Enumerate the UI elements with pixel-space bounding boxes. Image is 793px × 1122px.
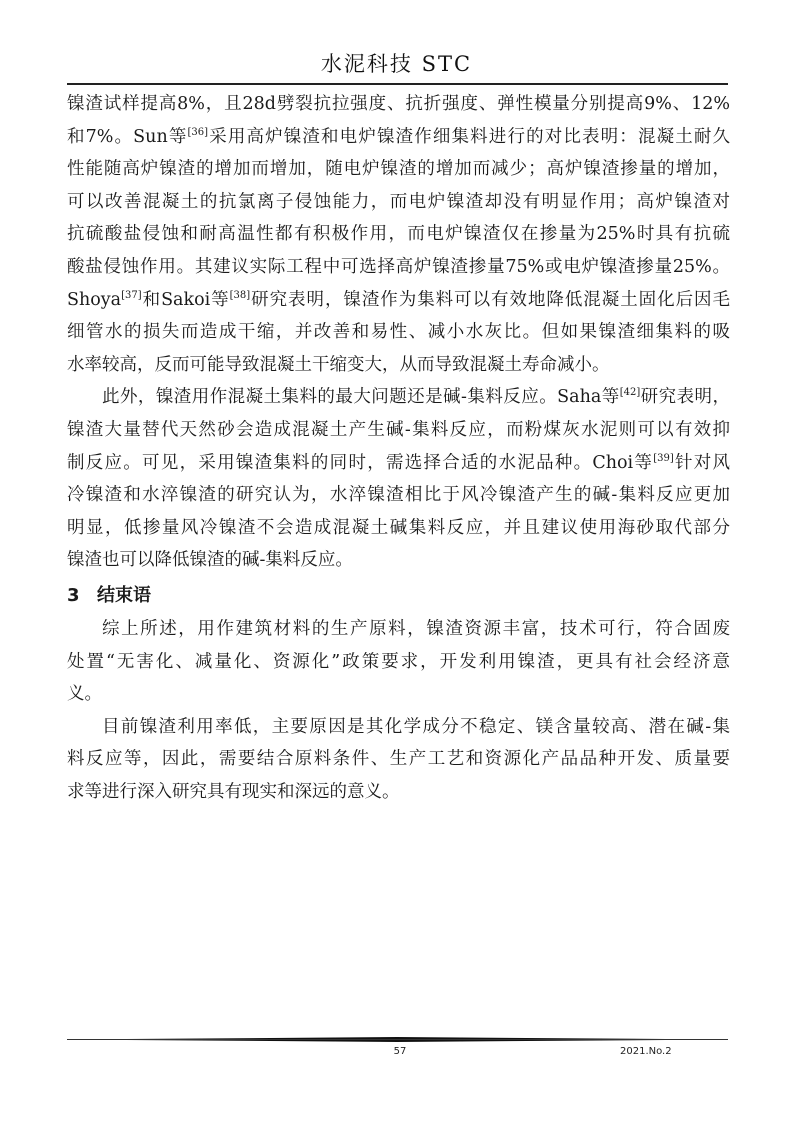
article-body: 镍渣试样提高8%，且28d劈裂抗拉强度、抗折强度、弹性模量分别提高9%、12% … xyxy=(67,88,730,808)
text-line: 细管水的损失而造成干缩，并改善和易性、减小水灰比。但如果镍渣细集料的吸 xyxy=(67,316,730,349)
text-line: 性能随高炉镍渣的增加而增加，随电炉镍渣的增加而减少；高炉镍渣掺量的增加， xyxy=(67,153,730,186)
text-line: 镍渣试样提高8%，且28d劈裂抗拉强度、抗折强度、弹性模量分别提高9%、12% xyxy=(67,88,730,121)
text-line: 义。 xyxy=(67,678,730,711)
text-line: 明显，低掺量风冷镍渣不会造成混凝土碱集料反应，并且建议使用海砂取代部分 xyxy=(67,512,730,545)
journal-title: 水泥科技 STC xyxy=(0,48,793,78)
section-title: 结束语 xyxy=(97,585,151,606)
text-line: 综上所述，用作建筑材料的生产原料，镍渣资源丰富，技术可行，符合固废 xyxy=(67,613,730,646)
text-line: 制反应。可见，采用镍渣集料的同时，需选择合适的水泥品种。Choi等[39]针对风 xyxy=(67,447,730,480)
paragraph-3: 综上所述，用作建筑材料的生产原料，镍渣资源丰富，技术可行，符合固废 处置“无害化… xyxy=(67,613,730,711)
text-line: 料反应等，因此，需要结合原料条件、生产工艺和资源化产品品种开发、质量要 xyxy=(67,743,730,776)
footer-divider xyxy=(67,1037,728,1042)
text-line: 目前镍渣利用率低，主要原因是其化学成分不稳定、镁含量较高、潜在碱-集 xyxy=(67,711,730,744)
text-line: 此外，镍渣用作混凝土集料的最大问题还是碱-集料反应。Saha等[42]研究表明， xyxy=(67,381,730,414)
text-line: 可以改善混凝土的抗氯离子侵蚀能力，而电炉镍渣却没有明显作用；高炉镍渣对 xyxy=(67,186,730,219)
page-number: 57 xyxy=(380,1046,420,1057)
citation-42: [42] xyxy=(620,387,641,398)
citation-37: [37] xyxy=(121,290,142,301)
paragraph-4: 目前镍渣利用率低，主要原因是其化学成分不稳定、镁含量较高、潜在碱-集 料反应等，… xyxy=(67,711,730,809)
section-number: 3 xyxy=(67,579,97,613)
citation-36: [36] xyxy=(188,127,209,138)
header-divider xyxy=(67,83,728,85)
text-line: 酸盐侵蚀作用。其建议实际工程中可选择高炉镍渣掺量75%或电炉镍渣掺量25%。 xyxy=(67,251,730,284)
text-line: 镍渣大量替代天然砂会造成混凝土产生碱-集料反应，而粉煤灰水泥则可以有效抑 xyxy=(67,414,730,447)
text-line: 和7%。Sun等[36]采用高炉镍渣和电炉镍渣作细集料进行的对比表明：混凝土耐久 xyxy=(67,121,730,154)
text-line: 镍渣也可以降低镍渣的碱-集料反应。 xyxy=(67,544,730,577)
paragraph-1: 镍渣试样提高8%，且28d劈裂抗拉强度、抗折强度、弹性模量分别提高9%、12% … xyxy=(67,88,730,381)
paragraph-2: 此外，镍渣用作混凝土集料的最大问题还是碱-集料反应。Saha等[42]研究表明，… xyxy=(67,381,730,577)
issue-label: 2021.No.2 xyxy=(620,1046,730,1057)
citation-39: [39] xyxy=(653,453,674,464)
text-line: Shoya[37]和Sakoi等[38]研究表明，镍渣作为集料可以有效地降低混凝… xyxy=(67,284,730,317)
text-line: 冷镍渣和水淬镍渣的研究认为，水淬镍渣相比于风冷镍渣产生的碱-集料反应更加 xyxy=(67,479,730,512)
text-line: 抗硫酸盐侵蚀和耐高温性都有积极作用，而电炉镍渣仅在掺量为25%时具有抗硫 xyxy=(67,218,730,251)
text-line: 处置“无害化、减量化、资源化”政策要求，开发利用镍渣，更具有社会经济意 xyxy=(67,646,730,679)
text-line: 求等进行深入研究具有现实和深远的意义。 xyxy=(67,776,730,809)
citation-38: [38] xyxy=(230,290,251,301)
text-line: 水率较高，反而可能导致混凝土干缩变大，从而导致混凝土寿命减小。 xyxy=(67,349,730,382)
section-heading: 3结束语 xyxy=(67,579,730,613)
